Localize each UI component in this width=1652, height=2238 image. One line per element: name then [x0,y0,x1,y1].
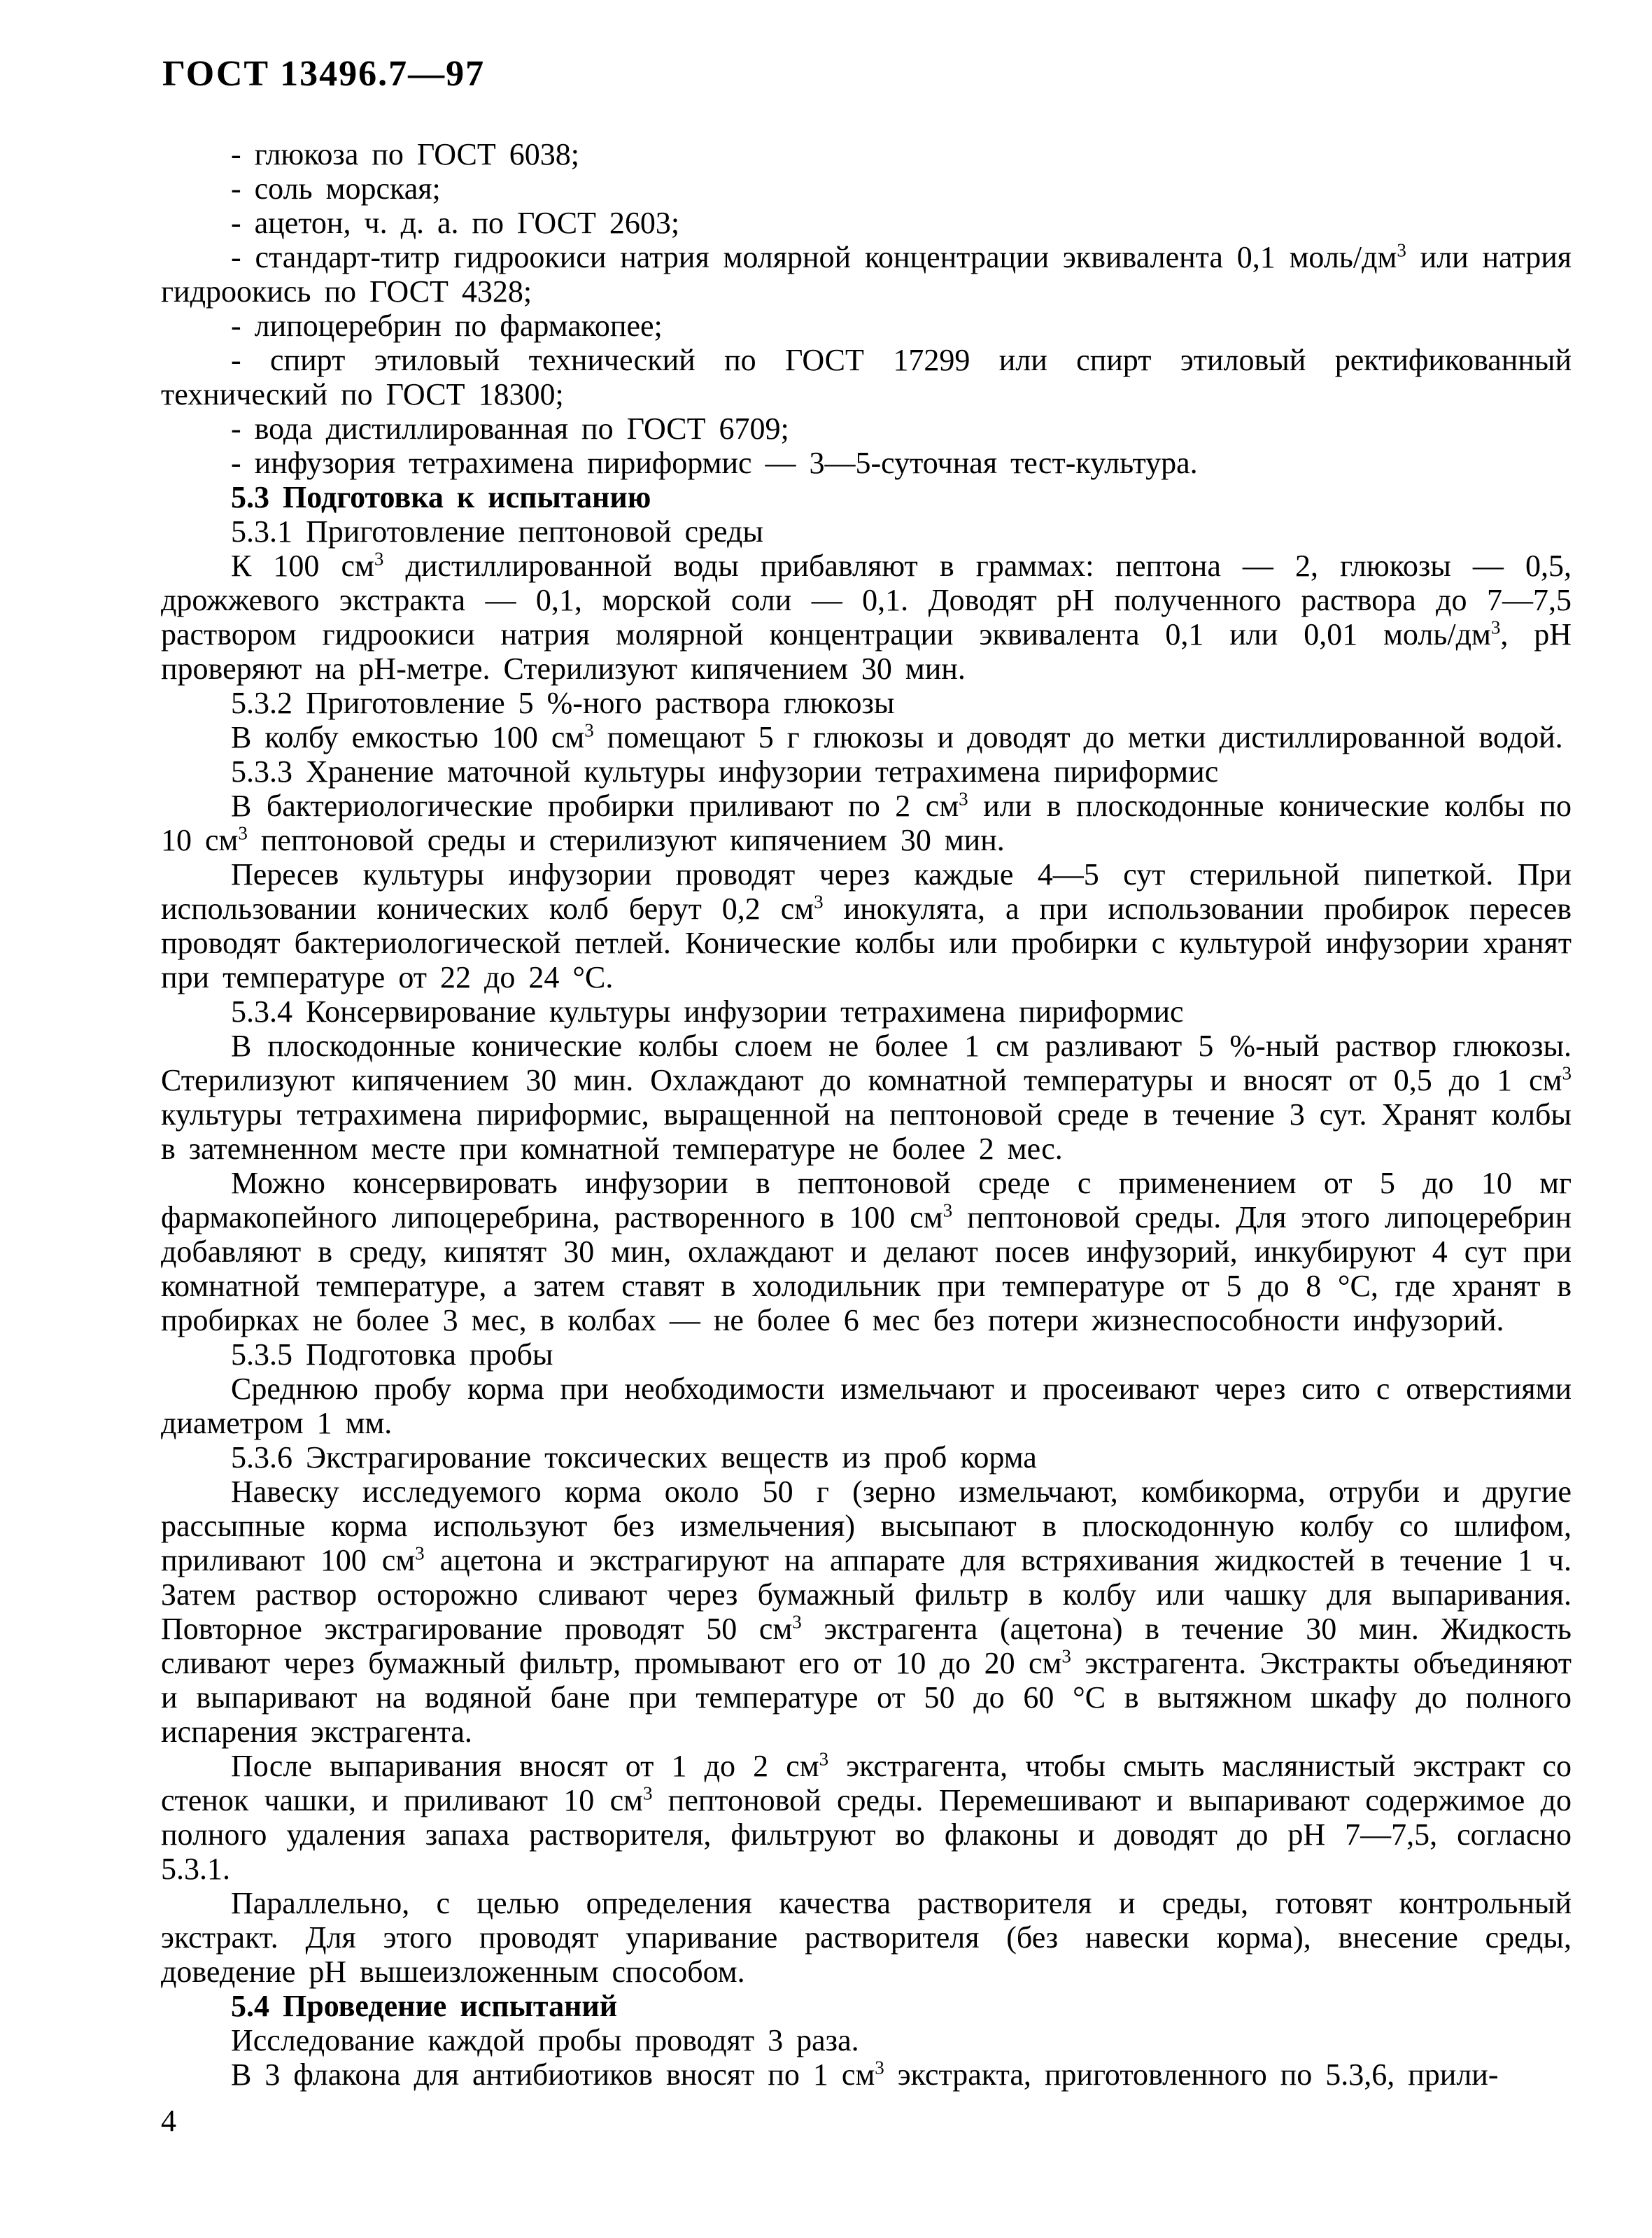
paragraph: После выпаривания вносят от 1 до 2 см3 э… [161,1749,1572,1886]
list-item: - глюкоза по ГОСТ 6038; [161,137,1572,171]
document-body: - глюкоза по ГОСТ 6038;- соль морская;- … [161,137,1572,2092]
paragraph: 5.3.5 Подготовка пробы [161,1337,1572,1372]
paragraph: К 100 см3 дистиллированной воды прибавля… [161,549,1572,686]
paragraph: В бактериологические пробирки приливают … [161,789,1572,857]
section-heading: 5.3 Подготовка к испытанию [161,480,1572,514]
list-item: - соль морская; [161,171,1572,206]
paragraph: В колбу емкостью 100 см3 помещают 5 г гл… [161,720,1572,754]
paragraph: 5.3.6 Экстрагирование токсических вещест… [161,1440,1572,1475]
paragraph: В 3 флакона для антибиотиков вносят по 1… [161,2057,1572,2092]
paragraph: Параллельно, с целью определения качеств… [161,1886,1572,1989]
paragraph: 5.3.2 Приготовление 5 %-ного раствора гл… [161,686,1572,720]
paragraph: Исследование каждой пробы проводят 3 раз… [161,2023,1572,2057]
paragraph: 5.3.1 Приготовление пептоновой среды [161,514,1572,549]
document-page: ГОСТ 13496.7—97 - глюкоза по ГОСТ 6038;-… [0,0,1652,2238]
list-item: - стандарт-титр гидроокиси натрия молярн… [161,240,1572,309]
list-item: - ацетон, ч. д. а. по ГОСТ 2603; [161,206,1572,240]
paragraph: 5.3.3 Хранение маточной культуры инфузор… [161,754,1572,789]
list-item: - вода дистиллированная по ГОСТ 6709; [161,411,1572,446]
page-number: 4 [161,2103,176,2139]
paragraph: 5.3.4 Консервирование культуры инфузории… [161,994,1572,1029]
list-item: - инфузория тетрахимена пириформис — 3—5… [161,446,1572,480]
list-item: - липоцеребрин по фармакопее; [161,309,1572,343]
document-header: ГОСТ 13496.7—97 [162,53,485,94]
paragraph: Навеску исследуемого корма около 50 г (з… [161,1475,1572,1749]
paragraph: В плоскодонные конические колбы слоем не… [161,1029,1572,1166]
section-heading: 5.4 Проведение испытаний [161,1989,1572,2023]
paragraph: Среднюю пробу корма при необходимости из… [161,1372,1572,1440]
paragraph: Можно консервировать инфузории в пептоно… [161,1166,1572,1337]
list-item: - спирт этиловый технический по ГОСТ 172… [161,343,1572,411]
paragraph: Пересев культуры инфузории проводят чере… [161,857,1572,994]
